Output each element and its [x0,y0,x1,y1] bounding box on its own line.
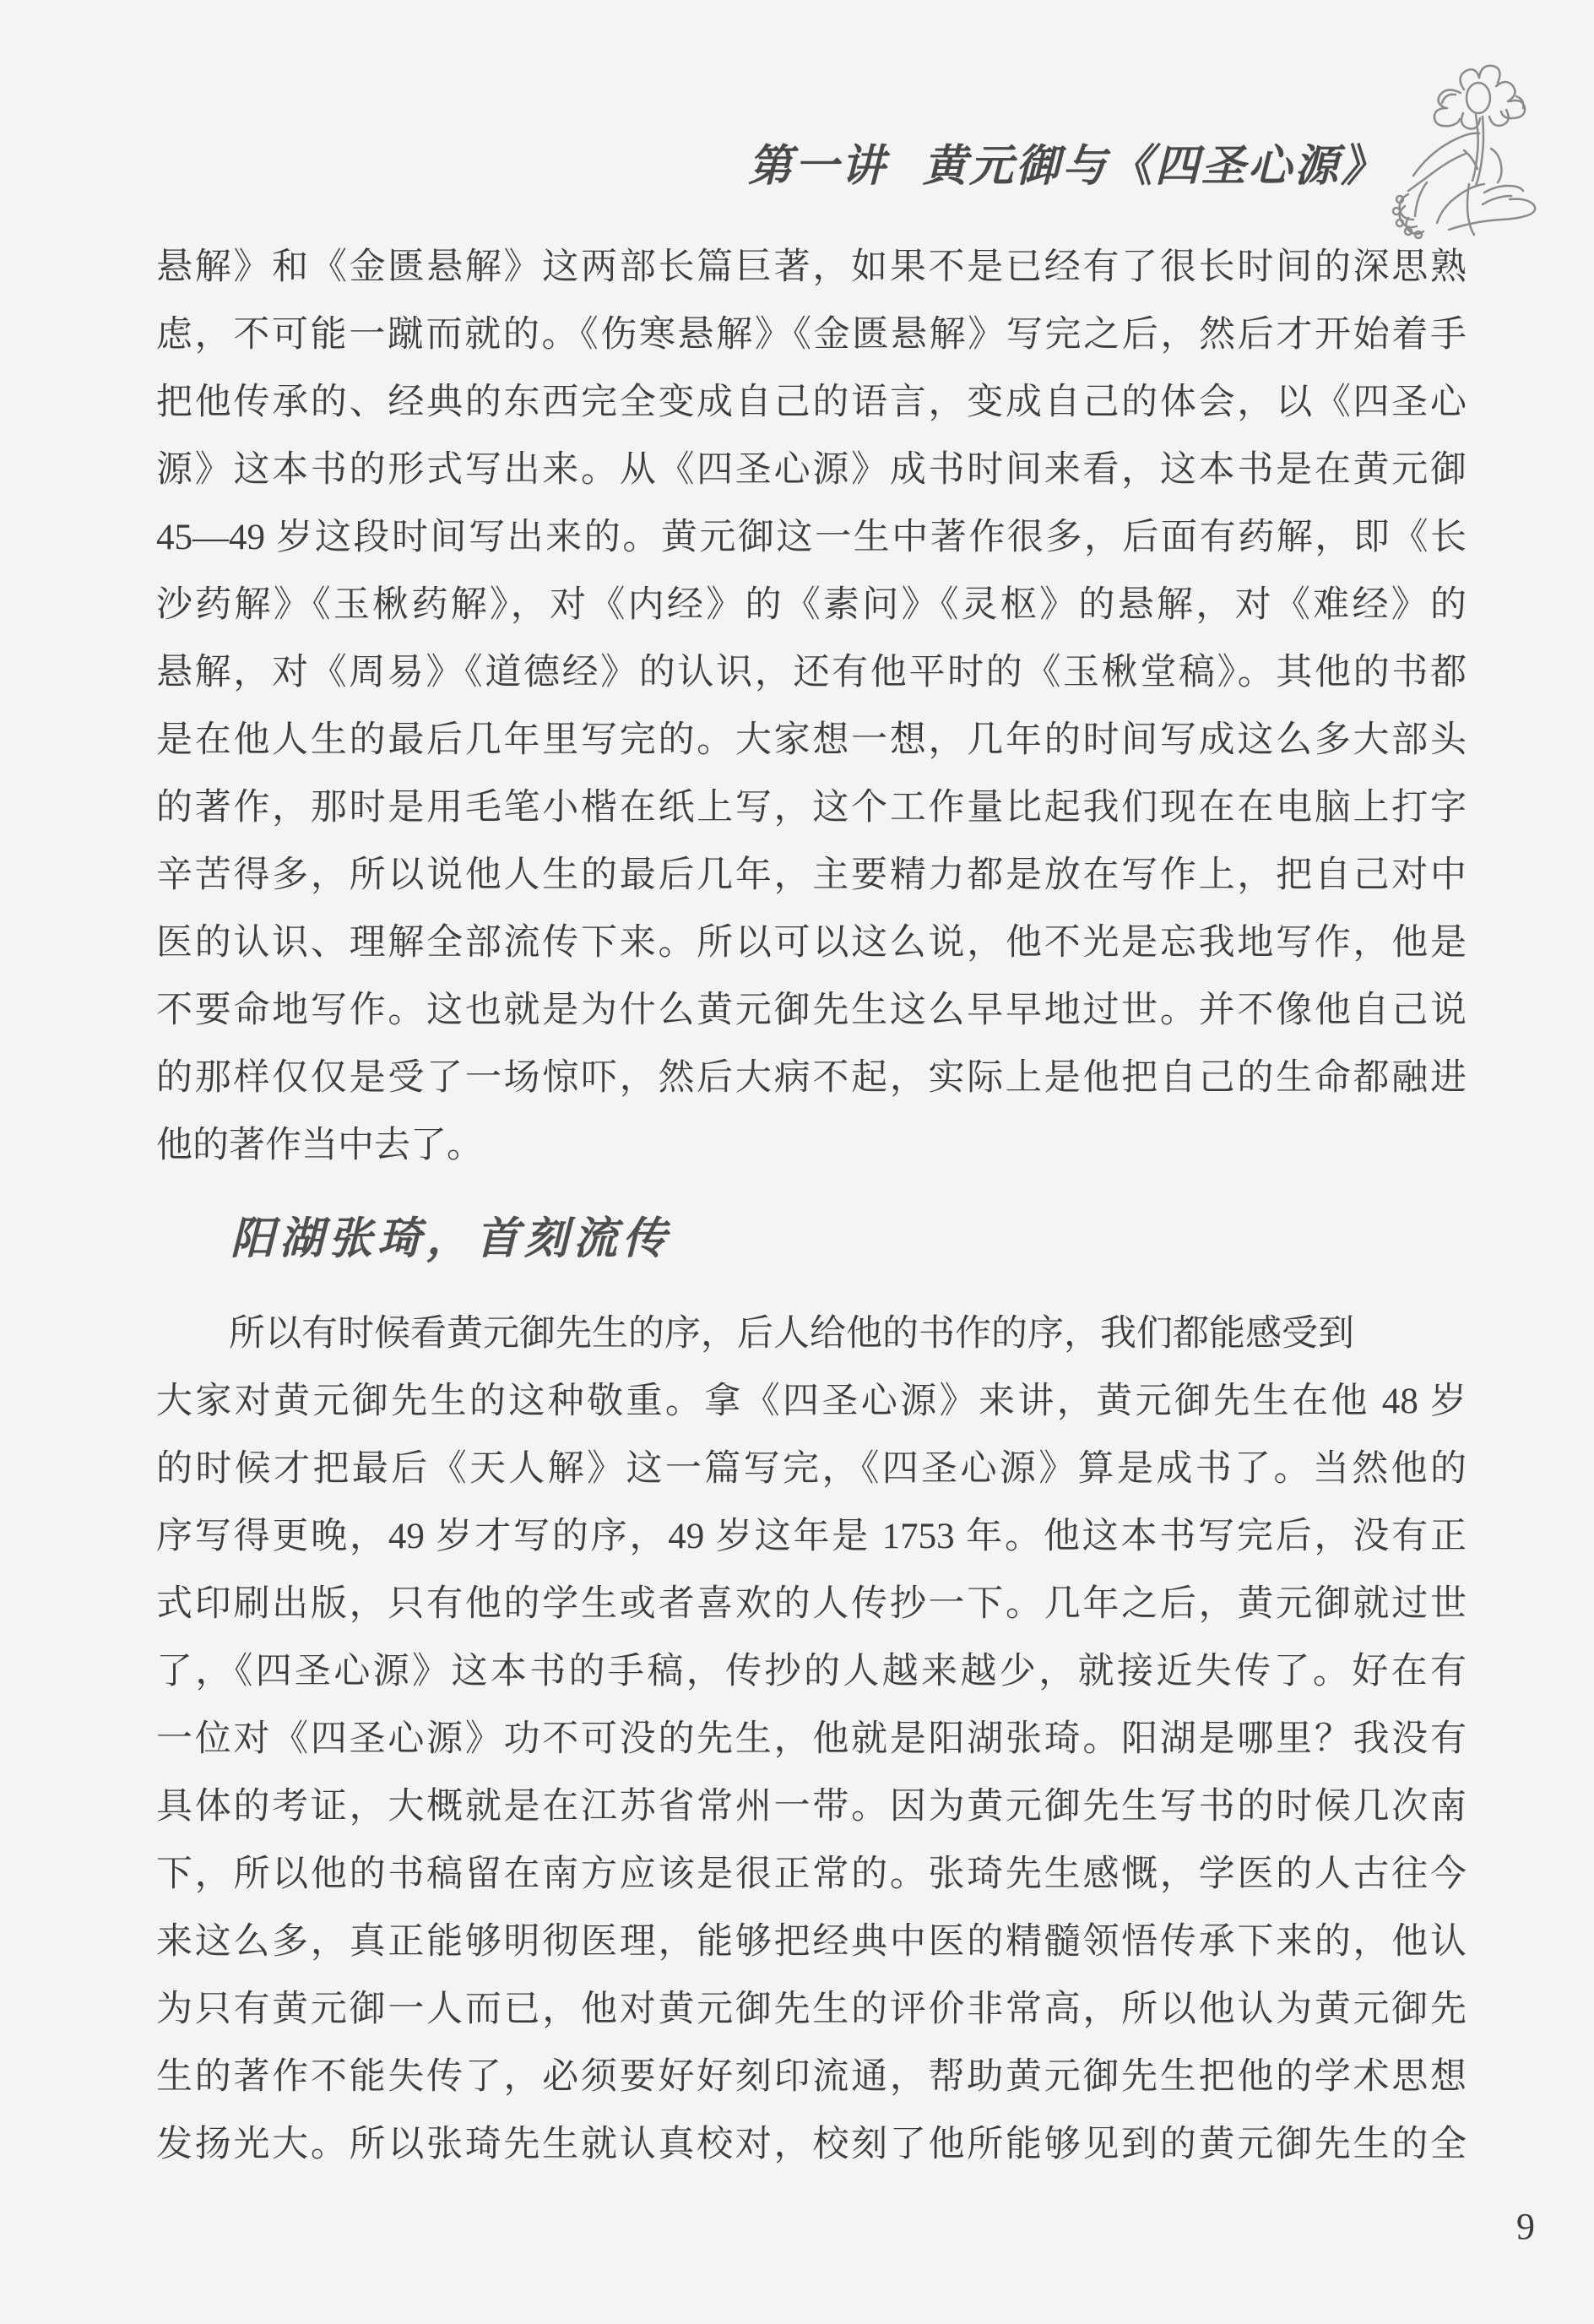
text-line: 所以有时候看黄元御先生的序，后人给他的书作的序，我们都能感受到 [156,1300,1467,1368]
text-line: 式印刷出版，只有他的学生或者喜欢的人传抄一下。几年之后，黄元御就过世 [156,1571,1467,1638]
text-line: 把他传承的、经典的东西完全变成自己的语言，变成自己的体会，以《四圣心 [156,369,1467,437]
text-line: 的时候才把最后《天人解》这一篇写完，《四圣心源》算是成书了。当然他的 [156,1436,1467,1503]
paragraph-1: 悬解》和《金匮悬解》这两部长篇巨著，如果不是已经有了很长时间的深思熟虑，不可能一… [156,234,1467,1180]
text-line: 具体的考证，大概就是在江苏省常州一带。因为黄元御先生写书的时候几次南 [156,1773,1467,1841]
text-line: 发扬光大。所以张琦先生就认真校对，校刻了他所能够见到的黄元御先生的全 [156,2111,1467,2179]
text-line: 沙药解》《玉楸药解》，对《内经》的《素问》《灵枢》的悬解，对《难经》的 [156,572,1467,639]
text-line: 虑，不可能一蹴而就的。《伤寒悬解》《金匮悬解》写完之后，然后才开始着手 [156,301,1467,369]
text-line: 不要命地写作。这也就是为什么黄元御先生这么早早地过世。并不像他自己说 [156,977,1467,1045]
text-line: 来这么多，真正能够明彻医理，能够把经典中医的精髓领悟传承下来的，他认 [156,1909,1467,1976]
text-line: 辛苦得多，所以说他人生的最后几年，主要精力都是放在写作上，把自己对中 [156,842,1467,910]
text-line: 序写得更晚，49 岁才写的序，49 岁这年是 1753 年。他这本书写完后，没有… [156,1503,1467,1571]
text-line: 悬解，对《周易》《道德经》的认识，还有他平时的《玉楸堂稿》。其他的书都 [156,639,1467,707]
text-line: 为只有黄元御一人而已，他对黄元御先生的评价非常高，所以他认为黄元御先 [156,1976,1467,2044]
paragraph-2: 所以有时候看黄元御先生的序，后人给他的书作的序，我们都能感受到大家对黄元御先生的… [156,1300,1467,2179]
lotus-hand-icon [1383,49,1573,247]
text-line: 的那样仅仅是受了一场惊吓，然后大病不起，实际上是他把自己的生命都融进 [156,1045,1467,1112]
text-line: 生的著作不能失传了，必须要好好刻印流通，帮助黄元御先生把他的学术思想 [156,2044,1467,2111]
chapter-number: 第一讲 [748,143,887,191]
text-line: 大家对黄元御先生的这种敬重。拿《四圣心源》来讲，黄元御先生在他 48 岁 [156,1368,1467,1436]
text-line: 医的认识、理解全部流传下来。所以可以这么说，他不光是忘我地写作，他是 [156,910,1467,977]
page-number: 9 [1516,2206,1535,2248]
section-heading: 阳湖张琦，首刻流传 [230,1206,1467,1273]
text-line: 了，《四圣心源》这本书的手稿，传抄的人越来越少，就接近失传了。好在有 [156,1638,1467,1706]
book-page: 第一讲黄元御与《四圣心源》 [0,0,1594,2324]
chapter-title: 黄元御与《四圣心源》 [923,143,1387,191]
text-line: 的著作，那时是用毛笔小楷在纸上写，这个工作量比起我们现在在电脑上打字 [156,774,1467,842]
text-line: 一位对《四圣心源》功不可没的先生，他就是阳湖张琦。阳湖是哪里？我没有 [156,1706,1467,1773]
text-line: 下，所以他的书稿留在南方应该是很正常的。张琦先生感慨，学医的人古往今 [156,1841,1467,1909]
text-line: 源》这本书的形式写出来。从《四圣心源》成书时间来看，这本书是在黄元御 [156,437,1467,504]
text-line: 是在他人生的最后几年里写完的。大家想一想，几年的时间写成这么多大部头 [156,707,1467,774]
text-line: 悬解》和《金匮悬解》这两部长篇巨著，如果不是已经有了很长时间的深思熟 [156,234,1467,301]
running-header: 第一讲黄元御与《四圣心源》 [0,133,1387,201]
text-line: 他的著作当中去了。 [156,1112,1467,1180]
text-line: 45—49 岁这段时间写出来的。黄元御这一生中著作很多，后面有药解，即《长 [156,504,1467,572]
page-body: 悬解》和《金匮悬解》这两部长篇巨著，如果不是已经有了很长时间的深思熟虑，不可能一… [156,234,1467,2179]
